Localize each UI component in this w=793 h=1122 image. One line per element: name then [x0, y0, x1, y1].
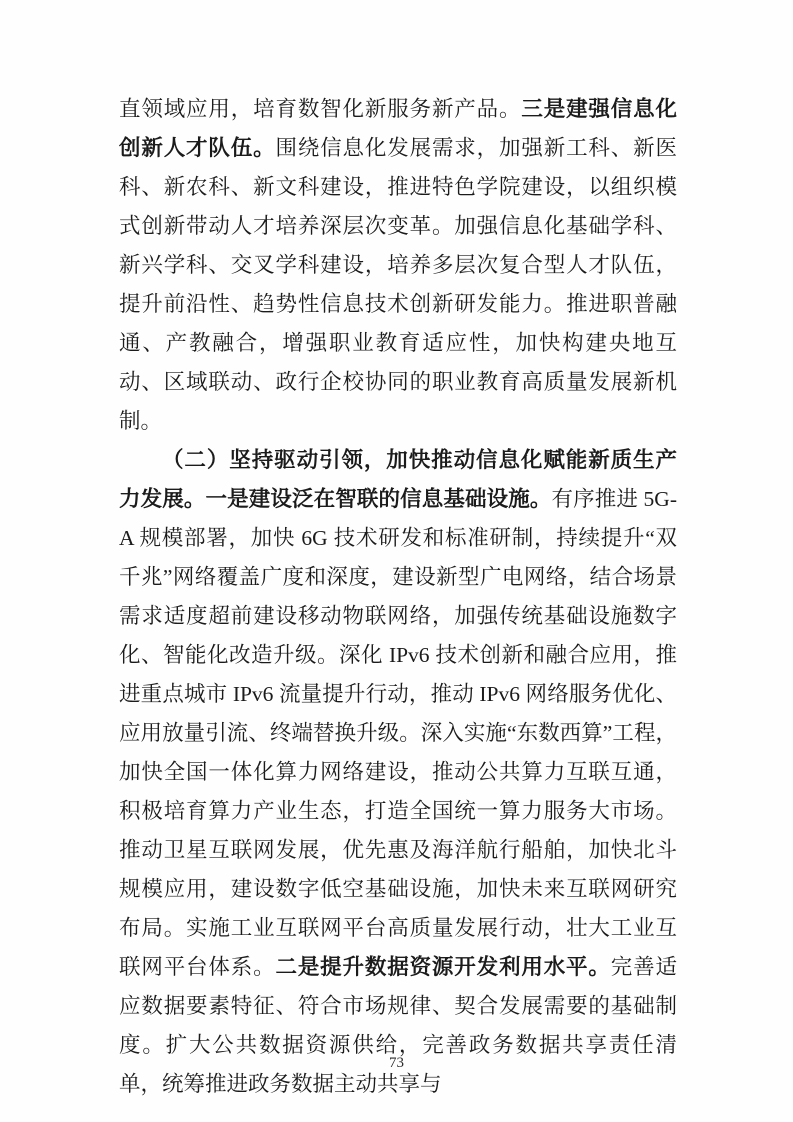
document-body: 直领域应用，培育数智化新服务新产品。三是建强信息化创新人才队伍。围绕信息化发展需…: [119, 90, 677, 1104]
paragraph-continuation: 直领域应用，培育数智化新服务新产品。三是建强信息化创新人才队伍。围绕信息化发展需…: [119, 90, 677, 441]
document-page: 直领域应用，培育数智化新服务新产品。三是建强信息化创新人才队伍。围绕信息化发展需…: [0, 0, 793, 1122]
text-run: 直领域应用，培育数智化新服务新产品。: [119, 97, 521, 121]
text-run: 有序推进 5G-A 规模部署，加快 6G 技术研发和标准研制，持续提升“双千兆”…: [119, 487, 677, 979]
paragraph-section-2: （二）坚持驱动引领，加快推动信息化赋能新质生产力发展。一是建设泛在智联的信息基础…: [119, 441, 677, 1104]
page-number: 73: [0, 1053, 793, 1073]
text-run: 围绕信息化发展需求，加强新工科、新医科、新农科、新文科建设，推进特色学院建设，以…: [119, 136, 677, 433]
text-run-bold-heading-2: 二是提升数据资源开发利用水平。: [275, 955, 610, 979]
